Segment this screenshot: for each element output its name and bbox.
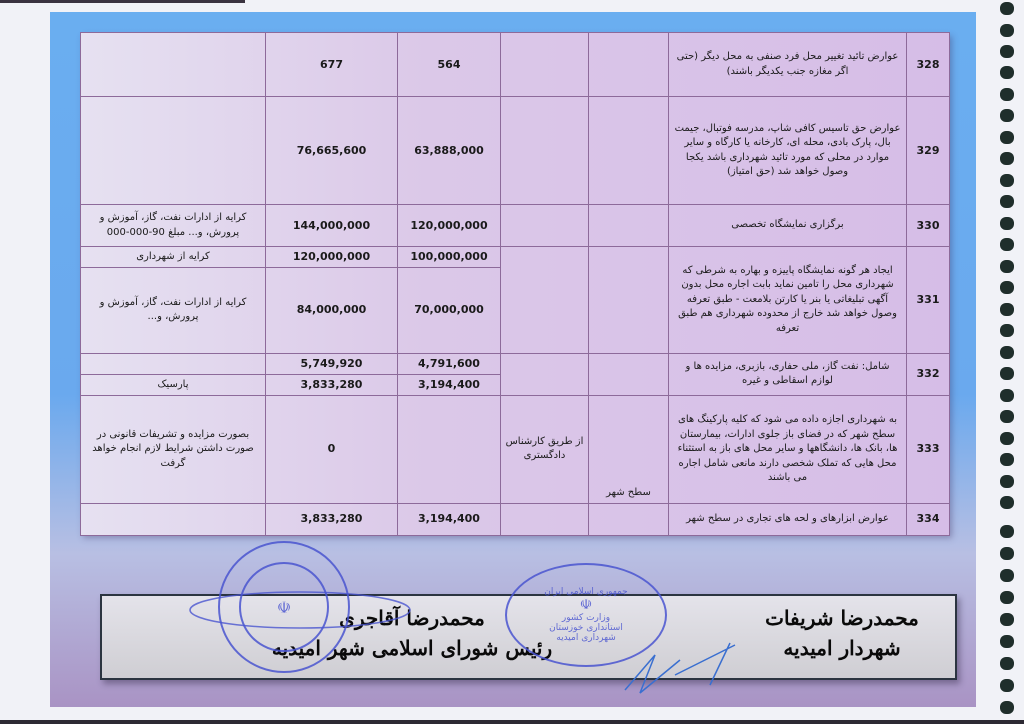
binding-ring-icon — [1000, 88, 1014, 101]
binding-ring-icon — [1000, 432, 1014, 445]
ministry-emblem-icon: ☫ — [580, 597, 593, 613]
mayor-signature-block: محمدرضا شریفات شهردار امیدیه — [732, 606, 952, 660]
scope-cell — [589, 33, 669, 97]
binding-ring-icon — [1000, 152, 1014, 165]
description-cell: ایجاد هر گونه نمایشگاه پاییزه و بهاره به… — [669, 247, 907, 354]
value-b-cell: 144,000,000 — [266, 205, 398, 247]
method-cell — [501, 33, 589, 97]
row-number: 332 — [907, 353, 950, 395]
binding-ring-icon — [1000, 281, 1014, 294]
description-cell: عوارض ابزارهای و لحه های تجاری در سطح شه… — [669, 503, 907, 535]
row-number: 333 — [907, 395, 950, 503]
stamp-line-3: استانداری خوزستان — [549, 623, 623, 633]
table-row: 5,749,920 4,791,600 شامل: نفت گاز، ملی ح… — [81, 353, 950, 374]
value-b-cell: 3,833,280 — [266, 374, 398, 395]
value-b-cell: 120,000,000 — [266, 247, 398, 268]
binding-ring-icon — [1000, 45, 1014, 58]
value-a-cell: 4,791,600 — [398, 353, 501, 374]
value-b-cell: 3,833,280 — [266, 503, 398, 535]
binding-ring-icon — [1000, 701, 1014, 714]
table-row: 3,833,280 3,194,400 عوارض ابزارهای و لحه… — [81, 503, 950, 535]
binding-ring-icon — [1000, 131, 1014, 144]
description-cell: عوارض حق تاسیس کافی شاپ، مدرسه فوتبال، ج… — [669, 97, 907, 205]
stamp-line-1: جمهوری اسلامی ایران — [544, 587, 628, 597]
binding-ring-icon — [1000, 475, 1014, 488]
table-row: 677 564 عوارض تائید تغییر محل فرد صنفی ب… — [81, 33, 950, 97]
value-b-cell: 84,000,000 — [266, 267, 398, 353]
tariff-table: 677 564 عوارض تائید تغییر محل فرد صنفی ب… — [80, 32, 950, 536]
note-cell — [81, 503, 266, 535]
table-row: بصورت مزایده و تشریفات قانونی در صورت دا… — [81, 395, 950, 503]
binding-ring-icon — [1000, 591, 1014, 604]
binding-ring-icon — [1000, 367, 1014, 380]
description-cell: شامل: نفت گاز، ملی حفاری، بازبری، مزایده… — [669, 353, 907, 395]
table-row: 76,665,600 63,888,000 عوارض حق تاسیس کاف… — [81, 97, 950, 205]
scope-cell — [589, 503, 669, 535]
mayor-name: محمدرضا شریفات — [732, 606, 952, 630]
scope-cell — [589, 97, 669, 205]
table-row: کرایه از شهرداری 120,000,000 100,000,000… — [81, 247, 950, 268]
value-a-cell — [398, 395, 501, 503]
binding-ring-icon — [1000, 174, 1014, 187]
note-cell — [81, 33, 266, 97]
binding-ring-icon — [1000, 410, 1014, 423]
note-cell — [81, 353, 266, 374]
binding-ring-icon — [1000, 324, 1014, 337]
value-b-cell: 5,749,920 — [266, 353, 398, 374]
council-signature-scribble-icon — [185, 580, 415, 640]
scope-cell — [589, 353, 669, 395]
binding-ring-icon — [1000, 66, 1014, 79]
scan-edge — [0, 0, 245, 3]
description-cell: به شهرداری اجازه داده می شود که کلیه پار… — [669, 395, 907, 503]
note-cell: کرایه از ادارات نفت، گاز، آموزش و پرورش،… — [81, 267, 266, 353]
mayor-signature-scribble-icon — [620, 635, 740, 695]
scope-cell — [589, 205, 669, 247]
note-cell: پارسیک — [81, 374, 266, 395]
binding-ring-icon — [1000, 679, 1014, 692]
value-a-cell: 3,194,400 — [398, 503, 501, 535]
binding-ring-icon — [1000, 24, 1014, 37]
method-cell — [501, 97, 589, 205]
scope-cell — [589, 247, 669, 354]
binding-ring-icon — [1000, 346, 1014, 359]
method-cell — [501, 247, 589, 354]
binding-ring-icon — [1000, 303, 1014, 316]
description-cell: برگزاری نمایشگاه تخصصی — [669, 205, 907, 247]
note-cell: بصورت مزایده و تشریفات قانونی در صورت دا… — [81, 395, 266, 503]
binding-ring-icon — [1000, 613, 1014, 626]
binding-ring-icon — [1000, 569, 1014, 582]
table-row: کرایه از ادارات نفت، گاز، آموزش و پرورش،… — [81, 205, 950, 247]
method-cell — [501, 205, 589, 247]
binding-ring-icon — [1000, 195, 1014, 208]
binding-ring-icon — [1000, 525, 1014, 538]
binding-ring-icon — [1000, 238, 1014, 251]
binding-ring-icon — [1000, 389, 1014, 402]
binding-ring-icon — [1000, 260, 1014, 273]
value-a-cell: 3,194,400 — [398, 374, 501, 395]
note-cell: کرایه از ادارات نفت، گاز، آموزش و پرورش،… — [81, 205, 266, 247]
row-number: 329 — [907, 97, 950, 205]
note-cell: کرایه از شهرداری — [81, 247, 266, 268]
value-a-cell: 564 — [398, 33, 501, 97]
spiral-binding — [1000, 0, 1014, 724]
binding-ring-icon — [1000, 547, 1014, 560]
tariff-table-container: 677 564 عوارض تائید تغییر محل فرد صنفی ب… — [80, 32, 949, 534]
note-cell — [81, 97, 266, 205]
method-cell — [501, 503, 589, 535]
value-a-cell: 70,000,000 — [398, 267, 501, 353]
row-number: 330 — [907, 205, 950, 247]
binding-ring-icon — [1000, 496, 1014, 509]
binding-ring-icon — [1000, 635, 1014, 648]
binding-ring-icon — [1000, 2, 1014, 15]
description-cell: عوارض تائید تغییر محل فرد صنفی به محل دی… — [669, 33, 907, 97]
mayor-title: شهردار امیدیه — [732, 636, 952, 660]
value-a-cell: 63,888,000 — [398, 97, 501, 205]
binding-ring-icon — [1000, 109, 1014, 122]
stamp-line-4: شهرداری امیدیه — [556, 633, 616, 643]
scan-edge — [0, 720, 1024, 724]
value-b-cell: 677 — [266, 33, 398, 97]
method-cell: از طریق کارشناس دادگستری — [501, 395, 589, 503]
value-a-cell: 120,000,000 — [398, 205, 501, 247]
binding-ring-icon — [1000, 453, 1014, 466]
stamp-line-2: وزارت کشور — [562, 613, 610, 623]
row-number: 328 — [907, 33, 950, 97]
row-number: 331 — [907, 247, 950, 354]
row-number: 334 — [907, 503, 950, 535]
binding-ring-icon — [1000, 217, 1014, 230]
value-a-cell: 100,000,000 — [398, 247, 501, 268]
scope-cell: سطح شهر — [589, 395, 669, 503]
value-b-cell: 76,665,600 — [266, 97, 398, 205]
value-b-cell: 0 — [266, 395, 398, 503]
binding-ring-icon — [1000, 657, 1014, 670]
scanned-page: 677 564 عوارض تائید تغییر محل فرد صنفی ب… — [0, 0, 1024, 724]
method-cell — [501, 353, 589, 395]
